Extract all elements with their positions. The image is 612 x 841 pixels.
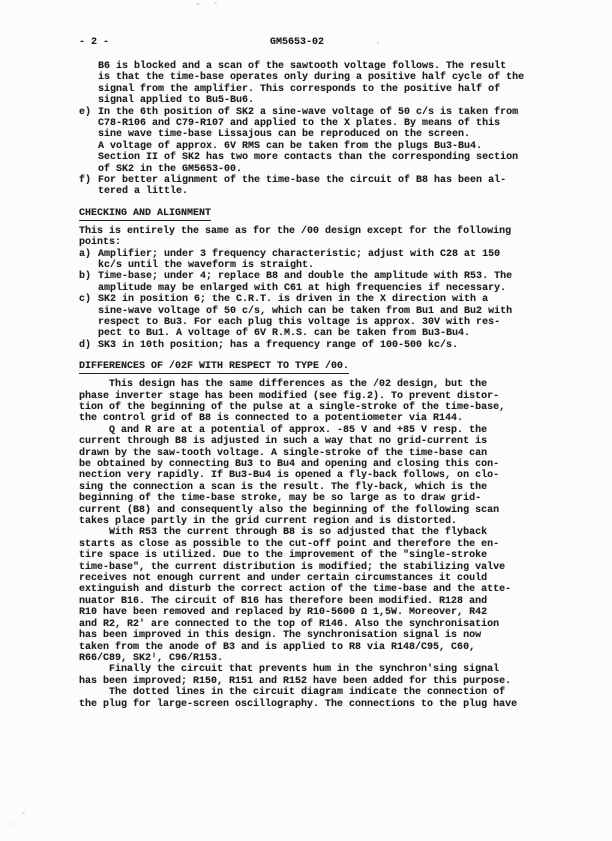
paragraph-lines: Time-base; under 4; replace B8 and doubl… — [98, 271, 557, 294]
text-line: of SK2 in the GM5653-00. — [98, 164, 557, 175]
section-heading: CHECKING AND ALIGNMENT — [79, 208, 557, 221]
text-line: R10 have been removed and replaced by R1… — [79, 607, 557, 618]
text-line: This design has the same differences as … — [79, 379, 557, 390]
text-line: points: — [79, 237, 557, 248]
text-line: signal applied to Bu5-Bu6. — [98, 95, 557, 106]
text-line: has been improved; R150, R151 and R152 h… — [79, 676, 557, 687]
list-item: a)Amplifier; under 3 frequency character… — [79, 249, 557, 272]
text-line: Time-base; under 4; replace B8 and doubl… — [98, 271, 557, 282]
text-line: kc/s until the waveform is straight. — [98, 260, 557, 271]
scan-artifact — [22, 812, 25, 814]
paragraph: Finally the circuit that prevents hum in… — [79, 664, 557, 687]
text-line: B6 is blocked and a scan of the sawtooth… — [98, 61, 557, 72]
text-line: Q and R are at a potential of approx. -8… — [79, 425, 557, 436]
section-heading: DIFFERENCES OF /02F WITH RESPECT TO TYPE… — [79, 361, 557, 374]
text-line: drawn by the saw-tooth voltage. A single… — [79, 448, 557, 459]
document-body: B6 is blocked and a scan of the sawtooth… — [79, 61, 557, 710]
text-line: the control grid of B8 is connected to a… — [79, 413, 557, 424]
text-line: nuator B16. The circuit of B16 has there… — [79, 596, 557, 607]
paragraph: This is entirely the same as for the /00… — [79, 226, 557, 249]
text-line: SK3 in 10th position; has a frequency ra… — [98, 340, 557, 351]
paragraph-lines: Q and R are at a potential of approx. -8… — [79, 425, 557, 528]
list-item-marker: d) — [79, 340, 98, 351]
list-item: c)SK2 in position 6; the C.R.T. is drive… — [79, 294, 557, 340]
text-line: Section II of SK2 has two more contacts … — [98, 152, 557, 163]
text-line: sine-wave voltage of 50 c/s, which can b… — [98, 306, 557, 317]
text-line: beginning of the time-base stroke, may b… — [79, 493, 557, 504]
paragraph: With R53 the current through B8 is so ad… — [79, 527, 557, 664]
list-item-marker: c) — [79, 294, 98, 305]
paragraph-lines: With R53 the current through B8 is so ad… — [79, 527, 557, 664]
paragraph: B6 is blocked and a scan of the sawtooth… — [98, 61, 557, 107]
text-line: Amplifier; under 3 frequency characteris… — [98, 249, 557, 260]
paragraph-lines: B6 is blocked and a scan of the sawtooth… — [98, 61, 557, 107]
text-line: starts as close as possible to the cut-o… — [79, 539, 557, 550]
text-line: extinguish and disturb the correct actio… — [79, 584, 557, 595]
text-line: and R2, R2' are connected to the top of … — [79, 619, 557, 630]
text-line: sing the connection a scan is the result… — [79, 482, 557, 493]
text-line: With R53 the current through B8 is so ad… — [79, 527, 557, 538]
scan-artifact — [10, 823, 12, 825]
paragraph: This design has the same differences as … — [79, 379, 557, 425]
text-line: time-base", the current distribution is … — [79, 562, 557, 573]
paragraph-lines: SK2 in position 6; the C.R.T. is driven … — [98, 294, 557, 340]
paragraph-lines: The dotted lines in the circuit diagram … — [79, 687, 557, 710]
list-item-marker: a) — [79, 249, 98, 260]
scanned-document-page: - 2 - GM5653-02 B6 is blocked and a scan… — [0, 0, 612, 841]
text-line: In the 6th position of SK2 a sine-wave v… — [98, 107, 557, 118]
text-line: has been improved in this design. The sy… — [79, 630, 557, 641]
page-number: - 2 - — [79, 37, 109, 48]
paragraph: Q and R are at a potential of approx. -8… — [79, 425, 557, 528]
text-line: nection very rapidly. If Bu3-Bu4 is open… — [79, 470, 557, 481]
list-item: b)Time-base; under 4; replace B8 and dou… — [79, 271, 557, 294]
text-line: pect to Bu1. A voltage of 6V R.M.S. can … — [98, 328, 557, 339]
text-line: SK2 in position 6; the C.R.T. is driven … — [98, 294, 557, 305]
text-line: tion of the beginning of the pulse at a … — [79, 402, 557, 413]
paragraph: The dotted lines in the circuit diagram … — [79, 687, 557, 710]
document-code: GM5653-02 — [270, 37, 324, 48]
section-heading-text: CHECKING AND ALIGNMENT — [79, 208, 211, 221]
list-item: f)For better alignment of the time-base … — [79, 175, 557, 198]
paragraph-lines: This design has the same differences as … — [79, 379, 557, 425]
list-item: d)SK3 in 10th position; has a frequency … — [79, 340, 557, 351]
text-line: receives not enough current and under ce… — [79, 573, 557, 584]
text-line: is that the time-base operates only duri… — [98, 72, 557, 83]
text-line: current (B8) and consequently also the b… — [79, 505, 557, 516]
text-line: the plug for large-screen oscillography.… — [79, 699, 557, 710]
paragraph-lines: SK3 in 10th position; has a frequency ra… — [98, 340, 557, 351]
text-line: takes place partly in the grid current r… — [79, 516, 557, 527]
scan-artifact — [214, 2, 217, 4]
text-line: amplitude may be enlarged with C61 at hi… — [98, 283, 557, 294]
text-line: For better alignment of the time-base th… — [98, 175, 557, 186]
list-item-marker: e) — [79, 107, 98, 118]
text-line: current through B8 is adjusted in such a… — [79, 436, 557, 447]
page-header: - 2 - GM5653-02 — [0, 37, 612, 51]
scan-artifact — [196, 3, 200, 5]
text-line: This is entirely the same as for the /00… — [79, 226, 557, 237]
paragraph-lines: Finally the circuit that prevents hum in… — [79, 664, 557, 687]
paragraph-lines: Amplifier; under 3 frequency characteris… — [98, 249, 557, 272]
text-line: The dotted lines in the circuit diagram … — [79, 687, 557, 698]
text-line: A voltage of approx. 6V RMS can be taken… — [98, 141, 557, 152]
text-line: tire space is utilized. Due to the impro… — [79, 550, 557, 561]
text-line: signal from the amplifier. This correspo… — [98, 84, 557, 95]
text-line: C78-R106 and C79-R107 and applied to the… — [98, 118, 557, 129]
text-line: Finally the circuit that prevents hum in… — [79, 664, 557, 675]
paragraph-lines: For better alignment of the time-base th… — [98, 175, 557, 198]
text-line: taken from the anode of B3 and is applie… — [79, 642, 557, 653]
list-item-marker: b) — [79, 271, 98, 282]
paragraph-lines: In the 6th position of SK2 a sine-wave v… — [98, 107, 557, 175]
text-line: tered a little. — [98, 186, 557, 197]
text-line: be obtained by connecting Bu3 to Bu4 and… — [79, 459, 557, 470]
text-line: respect to Bu3. For each plug this volta… — [98, 317, 557, 328]
section-heading-text: DIFFERENCES OF /02F WITH RESPECT TO TYPE… — [79, 361, 349, 374]
text-line: phase inverter stage has been modified (… — [79, 391, 557, 402]
list-item-marker: f) — [79, 175, 98, 186]
text-line: sine wave time-base Lissajous can be rep… — [98, 129, 557, 140]
list-item: e)In the 6th position of SK2 a sine-wave… — [79, 107, 557, 175]
text-line: R66/C89, SK2ᴵ, C96/R153. — [79, 653, 557, 664]
paragraph-lines: This is entirely the same as for the /00… — [79, 226, 557, 249]
